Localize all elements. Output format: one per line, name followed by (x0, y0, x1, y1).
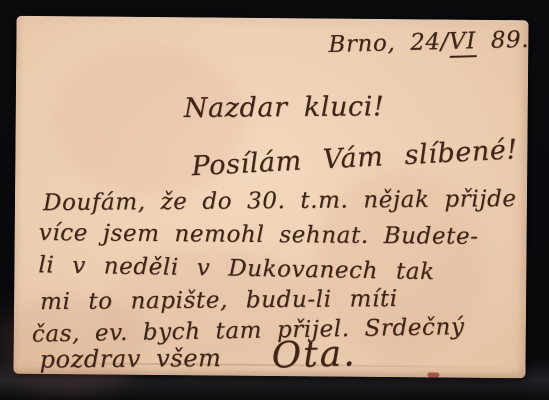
dateline-month-underlined: VI (449, 28, 477, 58)
body-line: čas, ev. bych tam přijel. Srdečný (32, 314, 465, 348)
dateline: Brno, 24/VI 89. (328, 27, 529, 58)
salutation: Nazdar kluci! (184, 91, 385, 124)
signature: Ota. (271, 333, 357, 376)
dateline-year: 89. (476, 27, 530, 54)
dateline-place-day: Brno, 24/ (328, 29, 449, 58)
body-line: více jsem nemohl sehnat. Budete- (39, 220, 479, 250)
body-line: mi to napište, budu-li míti (40, 286, 398, 315)
body-line: Posílám Vám slíbené! (191, 134, 519, 182)
postcard: Brno, 24/VI 89. Nazdar kluci! Posílám Vá… (13, 16, 528, 378)
postcard-photo: Brno, 24/VI 89. Nazdar kluci! Posílám Vá… (0, 0, 549, 400)
body-line: Doufám, že do 30. t.m. nějak přijde (43, 186, 517, 216)
body-line: li v neděli v Dukovanech tak (38, 252, 435, 285)
red-ink-mark (427, 372, 439, 377)
closing-line: pozdrav všem (39, 344, 221, 374)
